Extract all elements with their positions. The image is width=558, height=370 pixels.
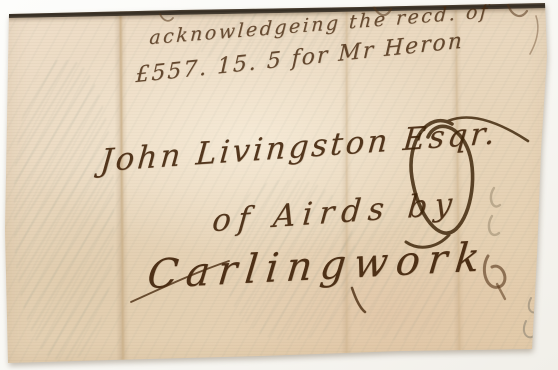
showthrough-patch-left [14,60,114,360]
pencil-ghost-marks [524,282,552,337]
address-line-1: John Livingston Esqr. [99,115,499,179]
letter-scan: acknowledgeing the recd. of £557. 15. 5 … [0,0,558,370]
paper-shadow: acknowledgeing the recd. of £557. 15. 5 … [0,0,558,370]
letter-paper: acknowledgeing the recd. of £557. 15. 5 … [0,0,558,370]
fold-crease-left [114,10,129,362]
